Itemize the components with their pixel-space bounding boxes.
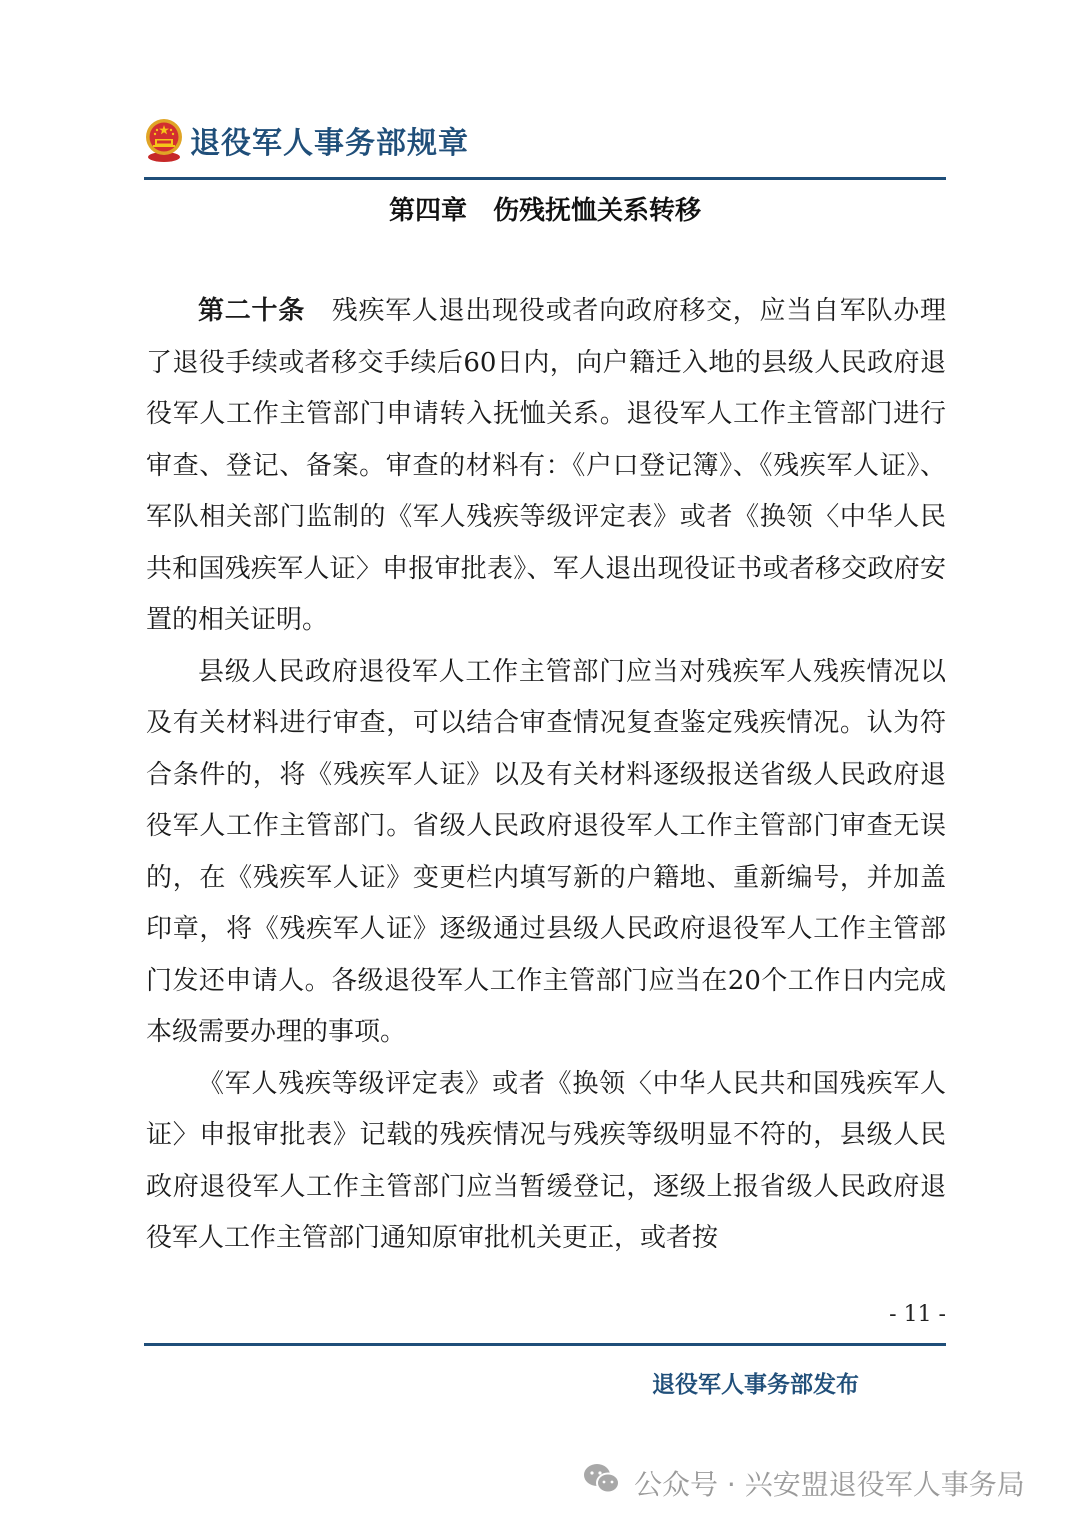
wechat-icon <box>582 1462 622 1503</box>
article-body: 第二十条 残疾军人退出现役或者向政府移交，应当自军队办理了退役手续或者移交手续后… <box>146 286 946 1265</box>
national-emblem-icon <box>144 117 184 163</box>
header-divider <box>144 177 946 180</box>
article-label: 第二十条 <box>198 296 305 326</box>
watermark-text: 公众号 · 兴安盟退役军人事务局 <box>634 1463 1025 1503</box>
footer-divider <box>144 1343 946 1346</box>
article-paragraph: 《军人残疾等级评定表》或者《换领〈中华人民共和国残疾军人证〉申报审批表》记载的残… <box>146 1059 946 1265</box>
header-title: 退役军人事务部规章 <box>190 118 469 162</box>
article-paragraph: 第二十条 残疾军人退出现役或者向政府移交，应当自军队办理了退役手续或者移交手续后… <box>146 286 946 647</box>
document-header: 退役军人事务部规章 <box>144 112 469 168</box>
source-watermark: 公众号 · 兴安盟退役军人事务局 <box>582 1462 1025 1503</box>
article-paragraph-text: 残疾军人退出现役或者向政府移交，应当自军队办理了退役手续或者移交手续后60日内，… <box>146 296 946 635</box>
publisher-label: 退役军人事务部发布 <box>652 1366 859 1399</box>
article-paragraph: 县级人民政府退役军人工作主管部门应当对残疾军人残疾情况以及有关材料进行审查，可以… <box>146 647 946 1059</box>
page-number: - 11 - <box>889 1302 946 1327</box>
chapter-title: 第四章 伤残抚恤关系转移 <box>144 190 946 227</box>
